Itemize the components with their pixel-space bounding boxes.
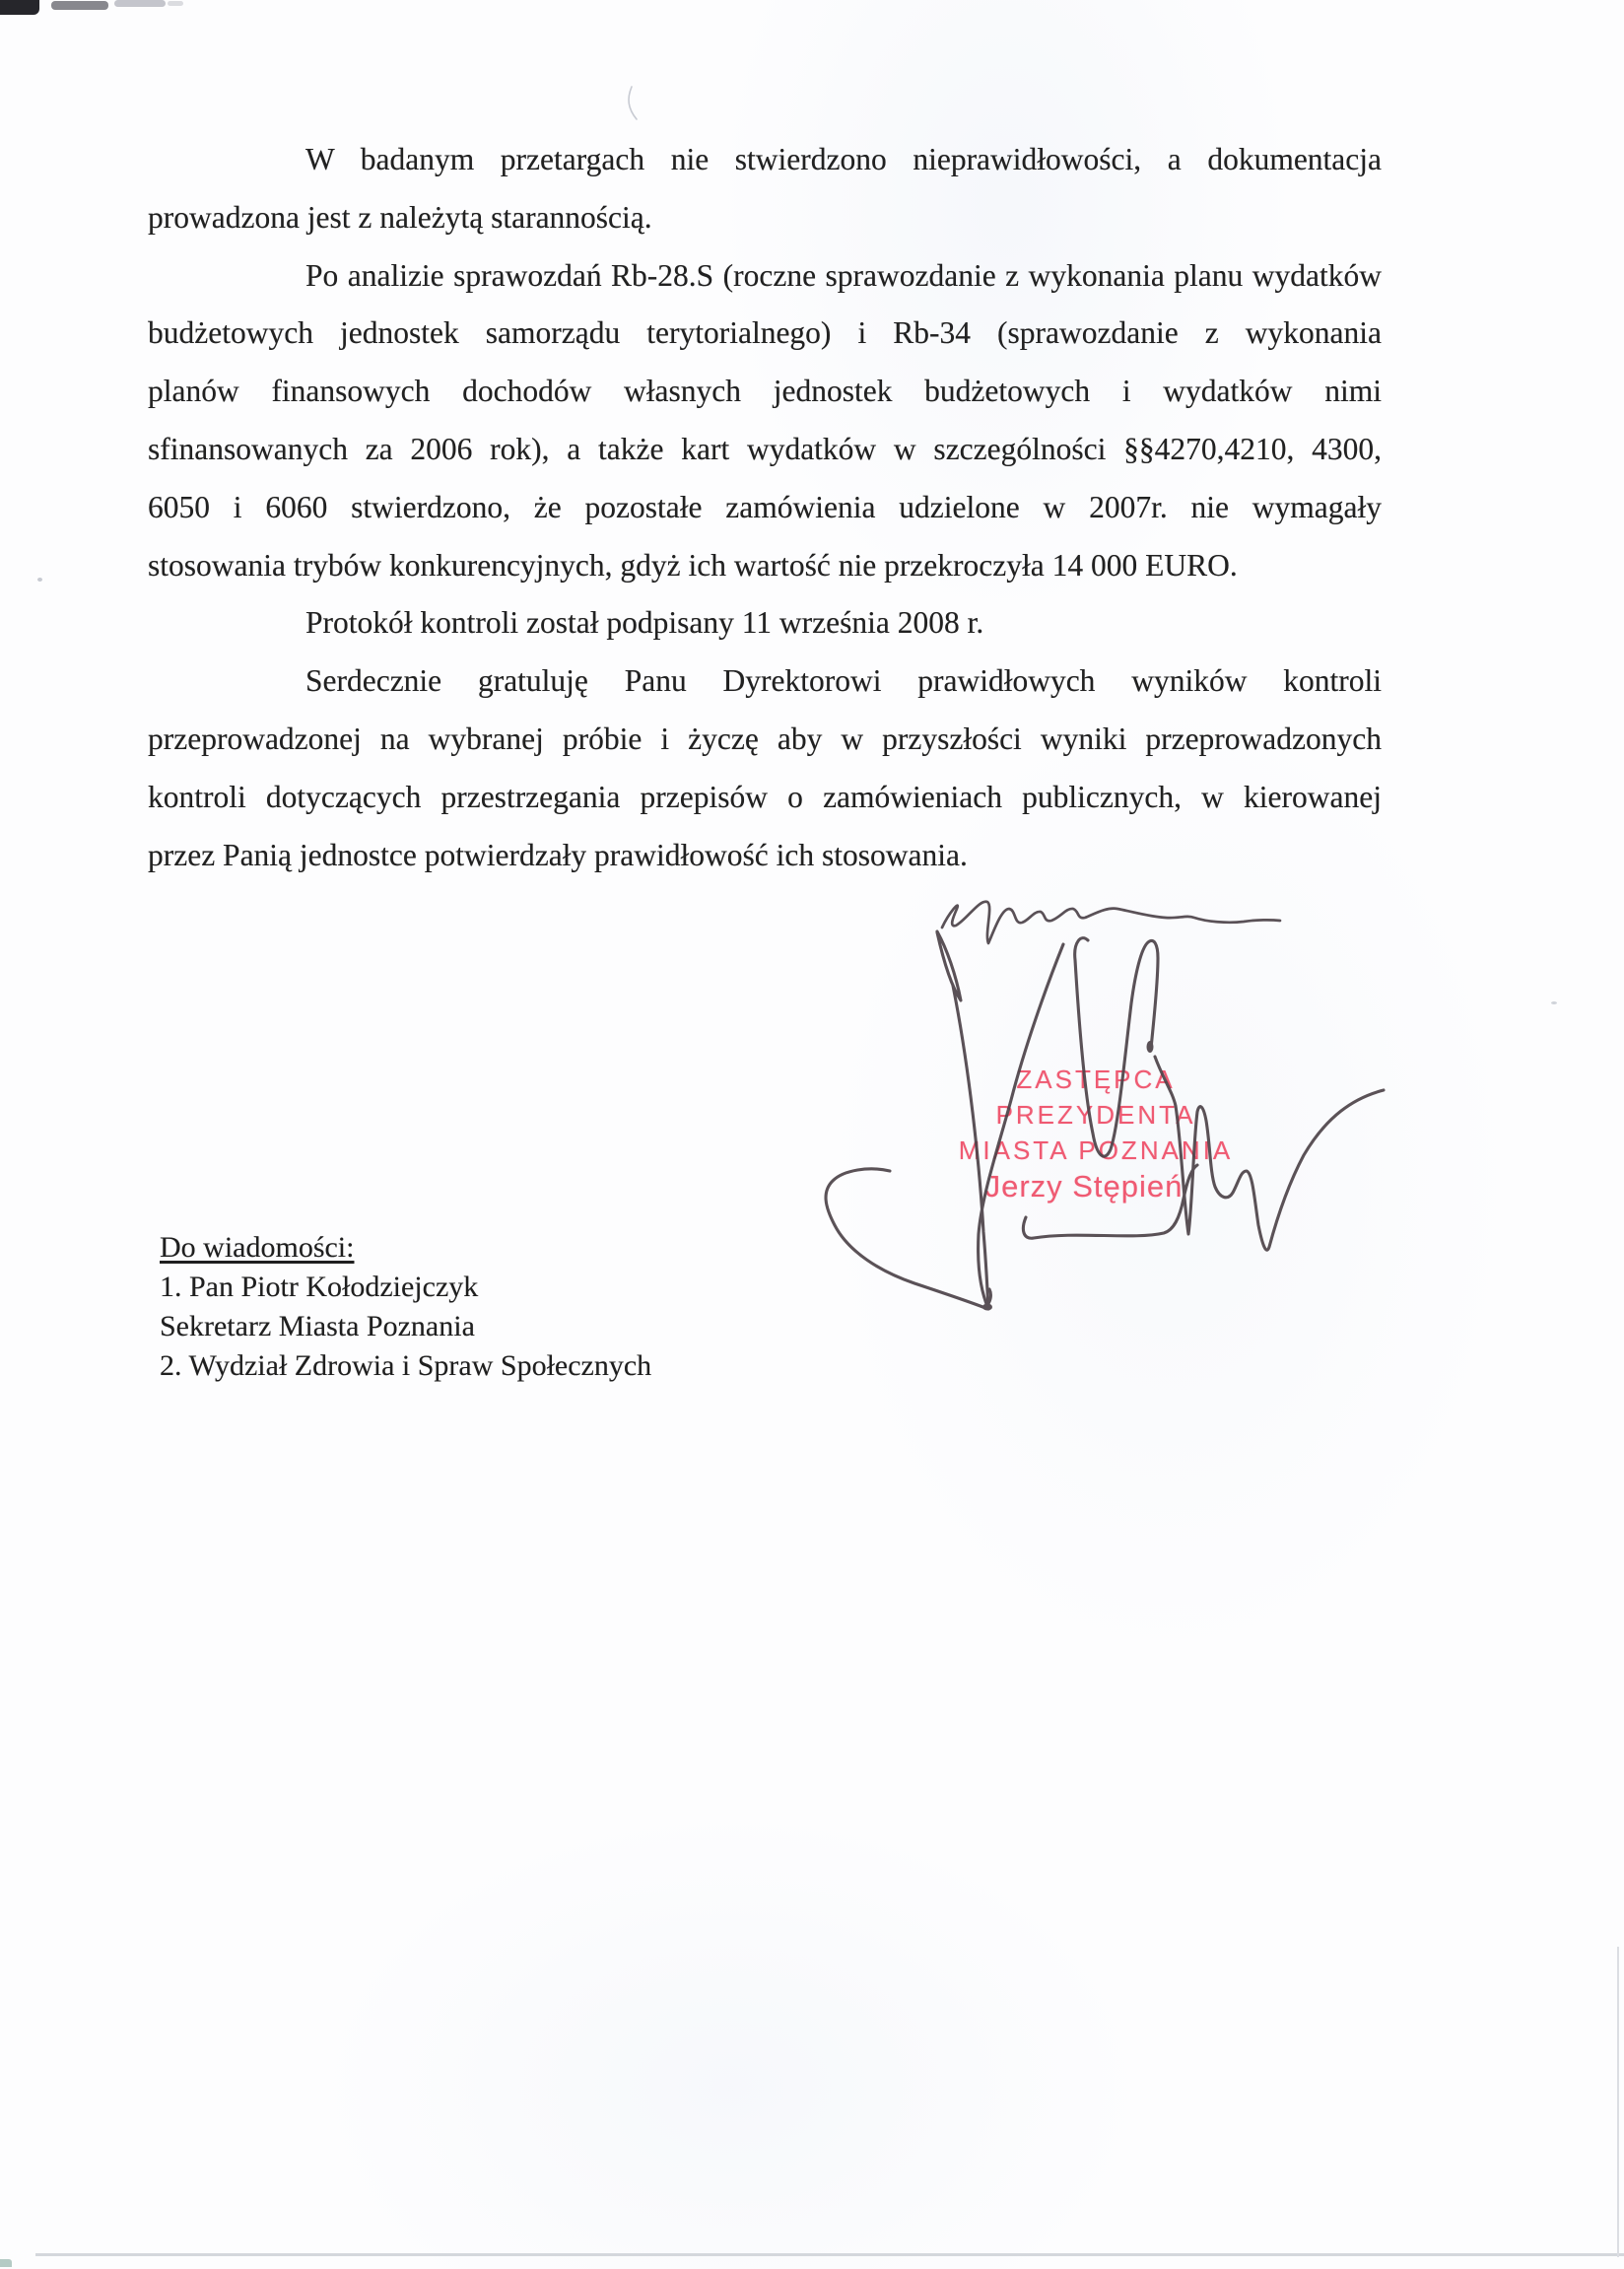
scan-edge-right xyxy=(1617,1947,1619,2257)
body-line: stosowania trybów konkurencyjnych, gdyż … xyxy=(148,537,1382,595)
body-line: 6050 i 6060 stwierdzono, że pozostałe za… xyxy=(148,479,1382,537)
scan-artifact-top-dash xyxy=(51,1,108,10)
cc-item: 1. Pan Piotr Kołodziejczyk xyxy=(160,1268,651,1307)
letter-body: W badanym przetargach nie stwierdzono ni… xyxy=(148,131,1382,884)
body-line: kontroli dotyczących przestrzegania prze… xyxy=(148,769,1382,827)
body-line: Serdecznie gratuluję Panu Dyrektorowi pr… xyxy=(148,653,1382,711)
scan-artifact-dot xyxy=(37,578,42,582)
scan-artifact-top-dash xyxy=(114,0,166,7)
body-line: sfinansowanych za 2006 rok), a także kar… xyxy=(148,421,1382,479)
body-line: przez Panią jednostce potwierdzały prawi… xyxy=(148,827,1382,885)
scan-artifact-corner xyxy=(0,2259,12,2267)
body-line: planów finansowych dochodów własnych jed… xyxy=(148,363,1382,421)
cc-item: Sekretarz Miasta Poznania xyxy=(160,1307,651,1346)
official-stamp: ZASTĘPCA PREZYDENTA MIASTA POZNANIA xyxy=(926,1062,1265,1168)
cc-block: Do wiadomości: 1. Pan Piotr Kołodziejczy… xyxy=(160,1228,651,1386)
scan-artifact-top-dash xyxy=(168,1,183,6)
body-line: W badanym przetargach nie stwierdzono ni… xyxy=(148,131,1382,189)
cc-item: 2. Wydział Zdrowia i Spraw Społecznych xyxy=(160,1346,651,1386)
stamp-title-line2: MIASTA POZNANIA xyxy=(926,1133,1265,1168)
body-line: Po analizie sprawozdań Rb-28.S (roczne s… xyxy=(148,247,1382,306)
cc-heading: Do wiadomości: xyxy=(160,1228,651,1268)
stamp-title-line1: ZASTĘPCA PREZYDENTA xyxy=(926,1062,1265,1133)
body-line: przeprowadzonej na wybranej próbie i życ… xyxy=(148,711,1382,769)
scan-artifact-dot xyxy=(1551,1001,1557,1004)
signer-name: Jerzy Stępień xyxy=(936,1169,1232,1204)
scan-artifact-top-left xyxy=(0,0,39,15)
body-line: prowadzona jest z należytą starannością. xyxy=(148,189,1382,247)
body-line: budżetowych jednostek samorządu terytori… xyxy=(148,305,1382,363)
scan-edge-bottom xyxy=(35,2253,1624,2256)
body-line: Protokół kontroli został podpisany 11 wr… xyxy=(148,594,1382,653)
